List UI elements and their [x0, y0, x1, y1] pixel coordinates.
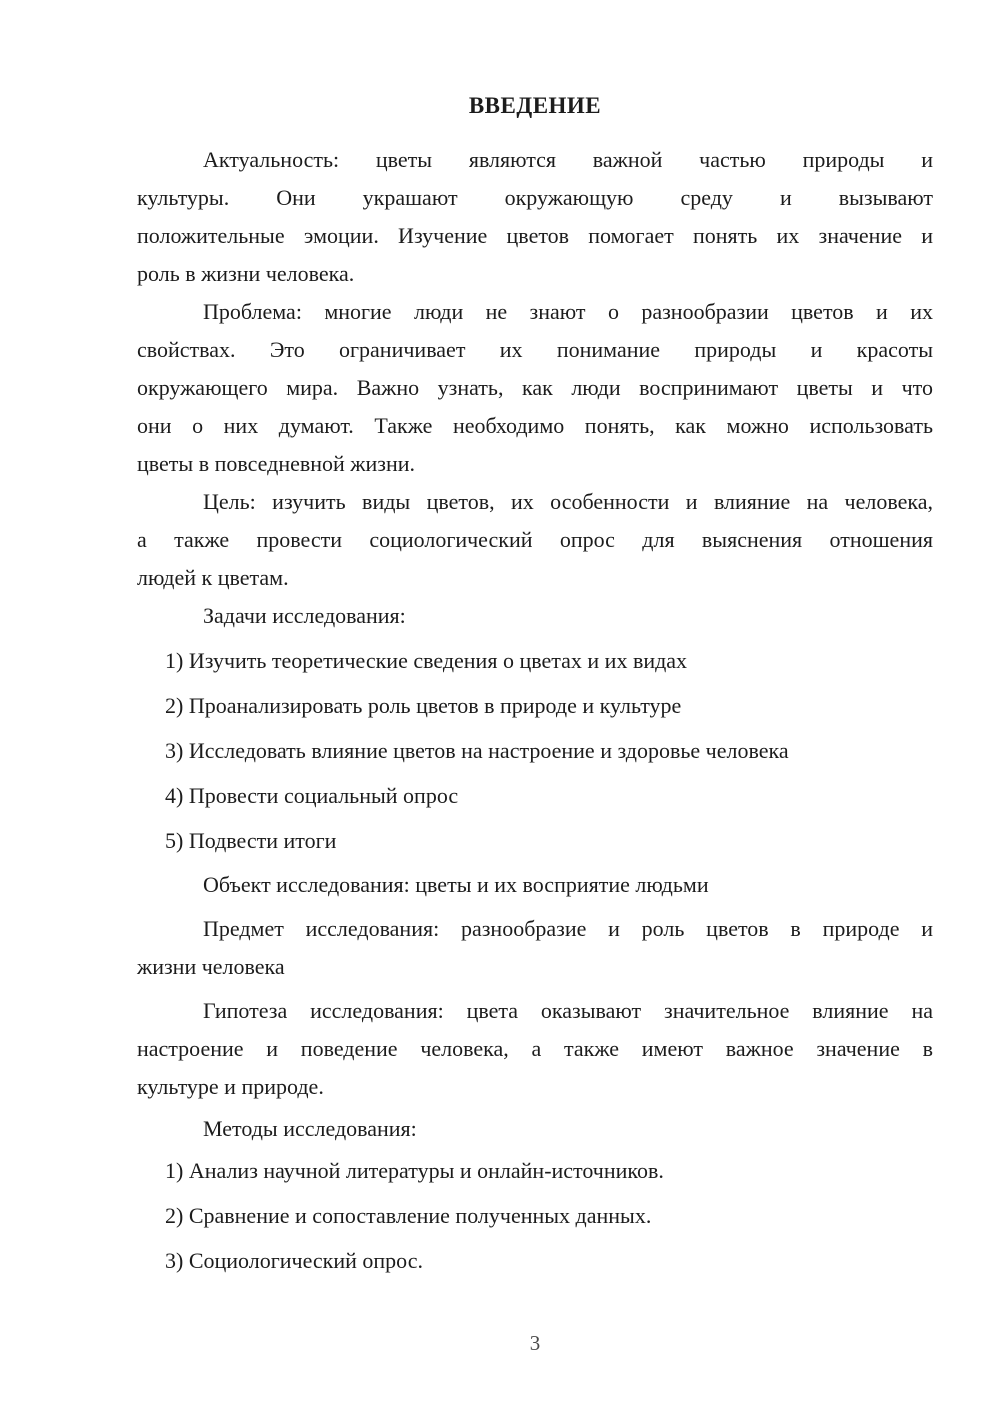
paragraph-line: настроение и поведение человека, а также… [137, 1030, 933, 1068]
paragraph-line: свойствах. Это ограничивает их понимание… [137, 331, 933, 369]
paragraph-line: Гипотеза исследования: цвета оказывают з… [137, 992, 933, 1030]
list-item: 4) Провести социальный опрос [165, 777, 933, 815]
tasks-list: 1) Изучить теоретические сведения о цвет… [137, 642, 933, 860]
methods-heading: Методы исследования: [137, 1110, 933, 1148]
paragraph-line: роль в жизни человека. [137, 255, 933, 293]
paragraph-line: Предмет исследования: разнообразие и рол… [137, 910, 933, 948]
list-item: 3) Социологический опрос. [165, 1242, 933, 1280]
list-item: 2) Сравнение и сопоставление полученных … [165, 1197, 933, 1235]
paragraph-subject: Предмет исследования: разнообразие и рол… [137, 910, 933, 986]
paragraph-hypothesis: Гипотеза исследования: цвета оказывают з… [137, 992, 933, 1106]
tasks-heading: Задачи исследования: [137, 597, 933, 635]
paragraph-tsel: Цель: изучить виды цветов, их особенност… [137, 483, 933, 597]
paragraph-line: жизни человека [137, 948, 933, 986]
paragraph-line: окружающего мира. Важно узнать, как люди… [137, 369, 933, 407]
paragraph-line: они о них думают. Также необходимо понят… [137, 407, 933, 445]
paragraph-line: культуре и природе. [137, 1068, 933, 1106]
paragraph-line: культуры. Они украшают окружающую среду … [137, 179, 933, 217]
list-item: 1) Анализ научной литературы и онлайн-ис… [165, 1152, 933, 1190]
paragraph-line: положительные эмоции. Изучение цветов по… [137, 217, 933, 255]
list-item: 2) Проанализировать роль цветов в природ… [165, 687, 933, 725]
page-number: 3 [137, 1324, 933, 1362]
methods-list: 1) Анализ научной литературы и онлайн-ис… [137, 1152, 933, 1280]
list-item: 1) Изучить теоретические сведения о цвет… [165, 642, 933, 680]
paragraph-line: цветы в повседневной жизни. [137, 445, 933, 483]
paragraph-object: Объект исследования: цветы и их восприят… [137, 866, 933, 904]
section-title: ВВЕДЕНИЕ [137, 87, 933, 125]
list-item: 5) Подвести итоги [165, 822, 933, 860]
paragraph-problema: Проблема: многие люди не знают о разнооб… [137, 293, 933, 483]
document-page: ВВЕДЕНИЕ Актуальность: цветы являются ва… [0, 0, 1000, 1414]
paragraph-line: людей к цветам. [137, 559, 933, 597]
list-item: 3) Исследовать влияние цветов на настрое… [165, 732, 933, 770]
paragraph-line: а также провести социологический опрос д… [137, 521, 933, 559]
paragraph-line: Проблема: многие люди не знают о разнооб… [137, 293, 933, 331]
paragraph-aktualnost: Актуальность: цветы являются важной част… [137, 141, 933, 293]
paragraph-line: Цель: изучить виды цветов, их особенност… [137, 483, 933, 521]
paragraph-line: Актуальность: цветы являются важной част… [137, 141, 933, 179]
